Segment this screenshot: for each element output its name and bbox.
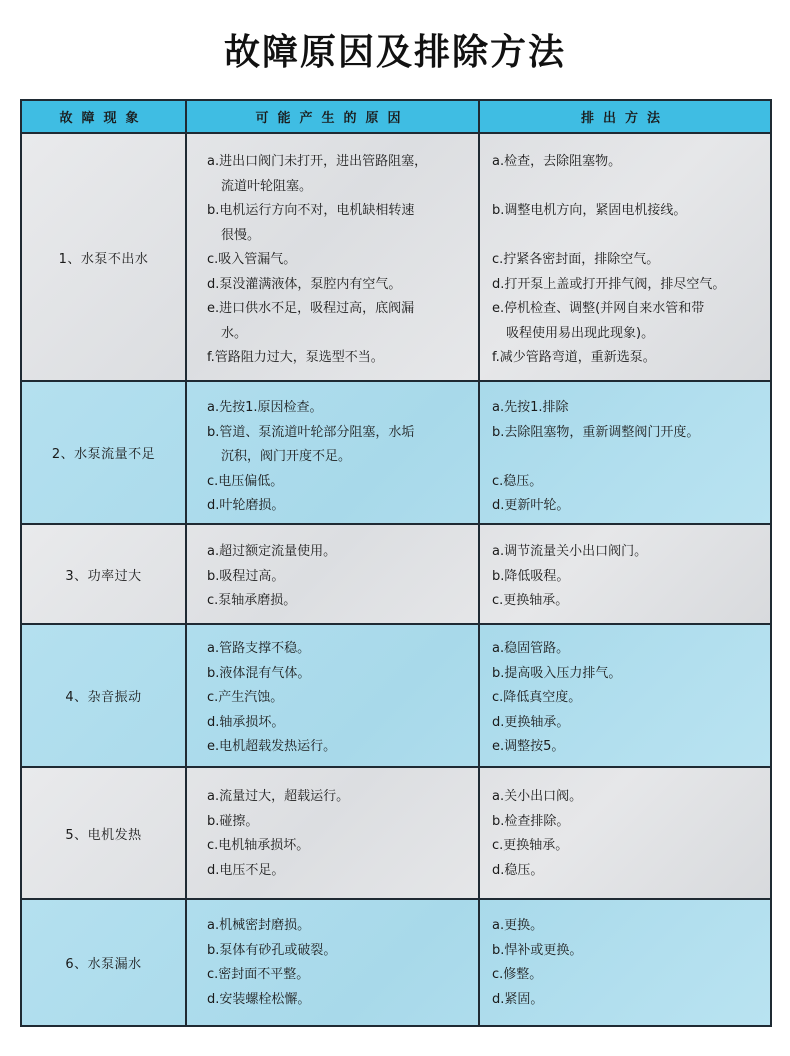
remedy-item: a.关小出口阀。 [492, 785, 760, 810]
cause-item: d.安装螺栓松懈。 [207, 988, 468, 1013]
cause-item: e.进口供水不足，吸程过高，底阀漏水。 [207, 297, 468, 346]
remedy-item: f.减少管路弯道，重新选泵。 [492, 346, 760, 371]
header-remedies: 排出方法 [480, 101, 770, 132]
cause-item: b.碰擦。 [207, 810, 468, 835]
cause-item: c.电压偏低。 [207, 470, 468, 495]
cause-item: d.电压不足。 [207, 859, 468, 884]
remedy-item: a.稳固管路。 [492, 637, 760, 662]
symptom-cell: 5、电机发热 [22, 768, 187, 898]
remedy-item: d.更换轴承。 [492, 711, 760, 736]
symptom-cell: 2、水泵流量不足 [22, 382, 187, 523]
cause-item: a.先按1.原因检查。 [207, 396, 468, 421]
remedy-item: c.稳压。 [492, 470, 760, 495]
cause-item: d.叶轮磨损。 [207, 494, 468, 519]
cause-item: c.泵轴承磨损。 [207, 589, 468, 614]
remedy-item: c.更换轴承。 [492, 834, 760, 859]
remedy-item: c.更换轴承。 [492, 589, 760, 614]
remedy-item: b.检查排除。 [492, 810, 760, 835]
cause-item: a.超过额定流量使用。 [207, 540, 468, 565]
symptom-cell: 1、水泵不出水 [22, 134, 187, 380]
cause-item: c.密封面不平整。 [207, 963, 468, 988]
table-row: 6、水泵漏水 a.机械密封磨损。 b.泵体有砂孔或破裂。 c.密封面不平整。 d… [22, 898, 770, 1025]
fault-table: 故障现象 可能产生的原因 排出方法 1、水泵不出水 a.进出口阀门未打开，进出管… [20, 99, 772, 1027]
table-row: 1、水泵不出水 a.进出口阀门未打开，进出管路阻塞，流道叶轮阻塞。 b.电机运行… [22, 132, 770, 380]
remedy-item: d.稳压。 [492, 859, 760, 884]
remedy-item: b.降低吸程。 [492, 565, 760, 590]
cause-item: a.流量过大，超载运行。 [207, 785, 468, 810]
cause-item: d.轴承损坏。 [207, 711, 468, 736]
causes-cell: a.流量过大，超载运行。 b.碰擦。 c.电机轴承损坏。 d.电压不足。 [187, 768, 480, 898]
remedy-item: c.拧紧各密封面，排除空气。 [492, 248, 760, 273]
remedies-cell: a.稳固管路。 b.提高吸入压力排气。 c.降低真空度。 d.更换轴承。 e.调… [480, 625, 770, 766]
remedy-item: d.紧固。 [492, 988, 760, 1013]
table-row: 3、功率过大 a.超过额定流量使用。 b.吸程过高。 c.泵轴承磨损。 a.调节… [22, 523, 770, 623]
remedies-cell: a.检查，去除阻塞物。 b.调整电机方向，紧固电机接线。 c.拧紧各密封面，排除… [480, 134, 770, 380]
causes-cell: a.进出口阀门未打开，进出管路阻塞，流道叶轮阻塞。 b.电机运行方向不对，电机缺… [187, 134, 480, 380]
remedy-item: b.悍补或更换。 [492, 939, 760, 964]
remedies-cell: a.先按1.排除 b.去除阻塞物，重新调整阀门开度。 c.稳压。 d.更新叶轮。 [480, 382, 770, 523]
remedy-item: b.调整电机方向，紧固电机接线。 [492, 199, 760, 224]
cause-item: c.产生汽蚀。 [207, 686, 468, 711]
remedies-cell: a.调节流量关小出口阀门。 b.降低吸程。 c.更换轴承。 [480, 525, 770, 623]
causes-cell: a.先按1.原因检查。 b.管道、泵流道叶轮部分阻塞，水垢沉积，阀门开度不足。 … [187, 382, 480, 523]
cause-item: d.泵没灌满液体，泵腔内有空气。 [207, 273, 468, 298]
table-row: 2、水泵流量不足 a.先按1.原因检查。 b.管道、泵流道叶轮部分阻塞，水垢沉积… [22, 380, 770, 523]
cause-item: c.电机轴承损坏。 [207, 834, 468, 859]
symptom-cell: 4、杂音振动 [22, 625, 187, 766]
table-row: 4、杂音振动 a.管路支撑不稳。 b.液体混有气体。 c.产生汽蚀。 d.轴承损… [22, 623, 770, 766]
remedy-item: a.调节流量关小出口阀门。 [492, 540, 760, 565]
symptom-cell: 6、水泵漏水 [22, 900, 187, 1025]
remedies-cell: a.更换。 b.悍补或更换。 c.修整。 d.紧固。 [480, 900, 770, 1025]
causes-cell: a.管路支撑不稳。 b.液体混有气体。 c.产生汽蚀。 d.轴承损坏。 e.电机… [187, 625, 480, 766]
causes-cell: a.超过额定流量使用。 b.吸程过高。 c.泵轴承磨损。 [187, 525, 480, 623]
cause-item: a.进出口阀门未打开，进出管路阻塞，流道叶轮阻塞。 [207, 150, 468, 199]
header-causes: 可能产生的原因 [187, 101, 480, 132]
remedy-item: d.更新叶轮。 [492, 494, 760, 519]
causes-cell: a.机械密封磨损。 b.泵体有砂孔或破裂。 c.密封面不平整。 d.安装螺栓松懈… [187, 900, 480, 1025]
cause-item: e.电机超载发热运行。 [207, 735, 468, 760]
cause-item: b.液体混有气体。 [207, 662, 468, 687]
cause-item: b.电机运行方向不对，电机缺相转速很慢。 [207, 199, 468, 248]
remedy-item: d.打开泵上盖或打开排气阀，排尽空气。 [492, 273, 760, 298]
cause-item: c.吸入管漏气。 [207, 248, 468, 273]
cause-item: b.吸程过高。 [207, 565, 468, 590]
symptom-cell: 3、功率过大 [22, 525, 187, 623]
remedy-item: b.提高吸入压力排气。 [492, 662, 760, 687]
cause-item: b.管道、泵流道叶轮部分阻塞，水垢沉积，阀门开度不足。 [207, 421, 468, 470]
remedy-item: a.检查，去除阻塞物。 [492, 150, 760, 175]
remedy-item: a.更换。 [492, 914, 760, 939]
cause-item: f.管路阻力过大，泵选型不当。 [207, 346, 468, 371]
page-title: 故障原因及排除方法 [0, 24, 790, 75]
remedy-item: c.降低真空度。 [492, 686, 760, 711]
cause-item: a.管路支撑不稳。 [207, 637, 468, 662]
remedy-item: c.修整。 [492, 963, 760, 988]
remedy-item: a.先按1.排除 [492, 396, 760, 421]
remedy-item: e.调整按5。 [492, 735, 760, 760]
cause-item: b.泵体有砂孔或破裂。 [207, 939, 468, 964]
table-row: 5、电机发热 a.流量过大，超载运行。 b.碰擦。 c.电机轴承损坏。 d.电压… [22, 766, 770, 898]
table-header: 故障现象 可能产生的原因 排出方法 [22, 101, 770, 132]
remedy-item: e.停机检查、调整(并网自来水管和带吸程使用易出现此现象)。 [492, 297, 760, 346]
remedies-cell: a.关小出口阀。 b.检查排除。 c.更换轴承。 d.稳压。 [480, 768, 770, 898]
remedy-item: b.去除阻塞物，重新调整阀门开度。 [492, 421, 760, 446]
header-symptom: 故障现象 [22, 101, 187, 132]
cause-item: a.机械密封磨损。 [207, 914, 468, 939]
